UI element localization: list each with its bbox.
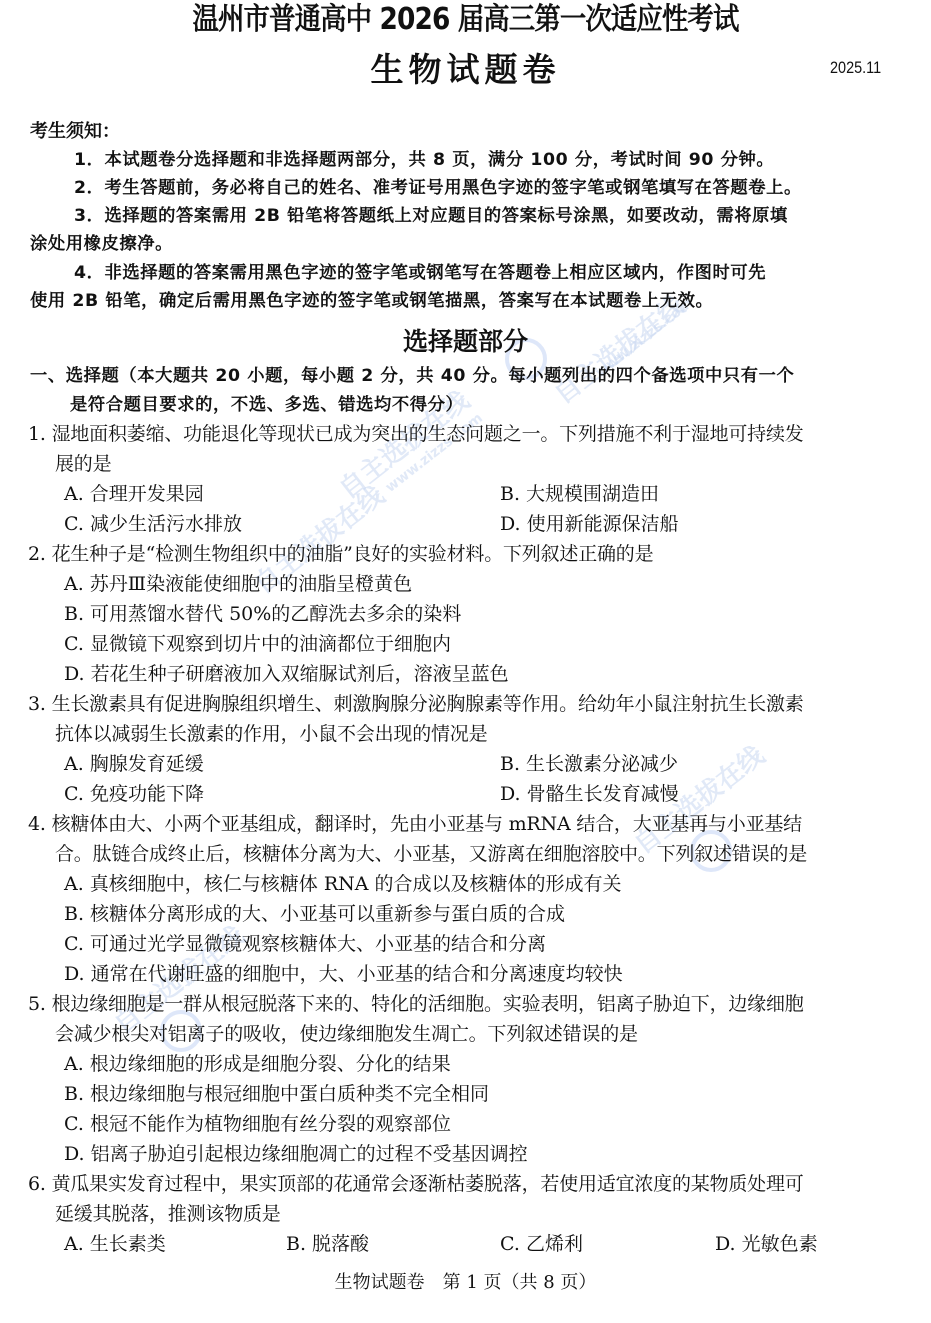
exam-page: 自主选拔在线 www.zizzs.com 自主选拔在线 www.zizzs.co… <box>0 0 931 1323</box>
option-b[interactable]: B. 生长激素分泌减少 <box>500 749 678 776</box>
question-stem-cont: 合。肽链合成终止后，核糖体分离为大、小亚基，又游离在细胞溶胶中。下列叙述错误的是 <box>55 839 807 866</box>
notice-item-3-cont: 涂处用橡皮擦净。 <box>30 229 173 254</box>
question-stem: 2. 花生种子是“检测生物组织中的油脂”良好的实验材料。下列叙述正确的是 <box>28 539 653 566</box>
exam-date: 2025.11 <box>830 58 881 78</box>
option-b[interactable]: B. 脱落酸 <box>286 1229 369 1256</box>
question-stem-cont: 会减少根尖对铝离子的吸收，使边缘细胞发生凋亡。下列叙述错误的是 <box>55 1019 638 1046</box>
option-d[interactable]: D. 骨骼生长发育减慢 <box>500 779 679 806</box>
option-c[interactable]: C. 可通过光学显微镜观察核糖体大、小亚基的结合和分离 <box>64 929 546 956</box>
option-a[interactable]: A. 真核细胞中，核仁与核糖体 RNA 的合成以及核糖体的形成有关 <box>64 869 622 896</box>
notice-heading: 考生须知： <box>30 117 120 143</box>
option-d[interactable]: D. 光敏色素 <box>715 1229 818 1256</box>
option-b[interactable]: B. 大规模围湖造田 <box>500 479 659 506</box>
exam-title: 温州市普通高中 2026 届高三第一次适应性考试 <box>56 0 875 38</box>
option-c[interactable]: C. 减少生活污水排放 <box>64 509 242 536</box>
notice-item-4: 4．非选择题的答案需用黑色字迹的签字笔或钢笔写在答题卷上相应区域内，作图时可先 <box>74 258 766 283</box>
option-b[interactable]: B. 核糖体分离形成的大、小亚基可以重新参与蛋白质的合成 <box>64 899 565 926</box>
option-d[interactable]: D. 通常在代谢旺盛的细胞中，大、小亚基的结合和分离速度均较快 <box>64 959 623 986</box>
option-c[interactable]: C. 根冠不能作为植物细胞有丝分裂的观察部位 <box>64 1109 451 1136</box>
option-a[interactable]: A. 根边缘细胞的形成是细胞分裂、分化的结果 <box>64 1049 451 1076</box>
notice-item-4-cont: 使用 2B 铅笔，确定后需用黑色字迹的签字笔或钢笔描黑，答案写在本试题卷上无效。 <box>30 286 713 311</box>
option-d[interactable]: D. 铝离子胁迫引起根边缘细胞凋亡的过程不受基因调控 <box>64 1139 528 1166</box>
option-d[interactable]: D. 若花生种子研磨液加入双缩脲试剂后，溶液呈蓝色 <box>64 659 509 686</box>
notice-item-1: 1．本试题卷分选择题和非选择题两部分，共 8 页，满分 100 分，考试时间 9… <box>74 145 774 170</box>
question-stem-cont: 抗体以减弱生长激素的作用，小鼠不会出现的情况是 <box>55 719 487 746</box>
question-stem: 5. 根边缘细胞是一群从根冠脱落下来的、特化的活细胞。实验表明，铝离子胁迫下，边… <box>28 989 804 1016</box>
page-footer: 生物试题卷 第 1 页（共 8 页） <box>0 1268 931 1294</box>
option-c[interactable]: C. 乙烯利 <box>500 1229 583 1256</box>
option-b[interactable]: B. 可用蒸馏水替代 50%的乙醇洗去多余的染料 <box>64 599 461 626</box>
notice-item-2: 2．考生答题前，务必将自己的姓名、准考证号用黑色字迹的签字笔或钢笔填写在答题卷上… <box>74 173 802 198</box>
question-stem: 4. 核糖体由大、小两个亚基组成，翻译时，先由小亚基与 mRNA 结合，大亚基再… <box>28 809 802 836</box>
question-stem-cont: 展的是 <box>55 449 111 476</box>
subject-title: 生物试题卷 <box>0 44 931 91</box>
option-a[interactable]: A. 苏丹Ⅲ染液能使细胞中的油脂呈橙黄色 <box>64 569 412 596</box>
section-title: 选择题部分 <box>0 322 931 358</box>
option-d[interactable]: D. 使用新能源保洁船 <box>500 509 679 536</box>
option-a[interactable]: A. 生长素类 <box>64 1229 166 1256</box>
option-c[interactable]: C. 免疫功能下降 <box>64 779 204 806</box>
part-heading: 一、选择题（本大题共 20 小题，每小题 2 分，共 40 分。每小题列出的四个… <box>30 361 794 386</box>
question-stem: 6. 黄瓜果实发育过程中，果实顶部的花通常会逐渐枯萎脱落，若使用适宜浓度的某物质… <box>28 1169 804 1196</box>
option-a[interactable]: A. 胸腺发育延缓 <box>64 749 204 776</box>
option-b[interactable]: B. 根边缘细胞与根冠细胞中蛋白质种类不完全相同 <box>64 1079 489 1106</box>
option-c[interactable]: C. 显微镜下观察到切片中的油滴都位于细胞内 <box>64 629 451 656</box>
question-stem: 3. 生长激素具有促进胸腺组织增生、刺激胸腺分泌胸腺素等作用。给幼年小鼠注射抗生… <box>28 689 804 716</box>
option-a[interactable]: A. 合理开发果园 <box>64 479 204 506</box>
part-heading-cont: 是符合题目要求的，不选、多选、错选均不得分） <box>70 390 463 415</box>
question-stem-cont: 延缓其脱落，推测该物质是 <box>55 1199 281 1226</box>
question-stem: 1. 湿地面积萎缩、功能退化等现状已成为突出的生态问题之一。下列措施不利于湿地可… <box>28 419 804 446</box>
notice-item-3: 3．选择题的答案需用 2B 铅笔将答题纸上对应题目的答案标号涂黑，如要改动，需将… <box>74 201 788 226</box>
